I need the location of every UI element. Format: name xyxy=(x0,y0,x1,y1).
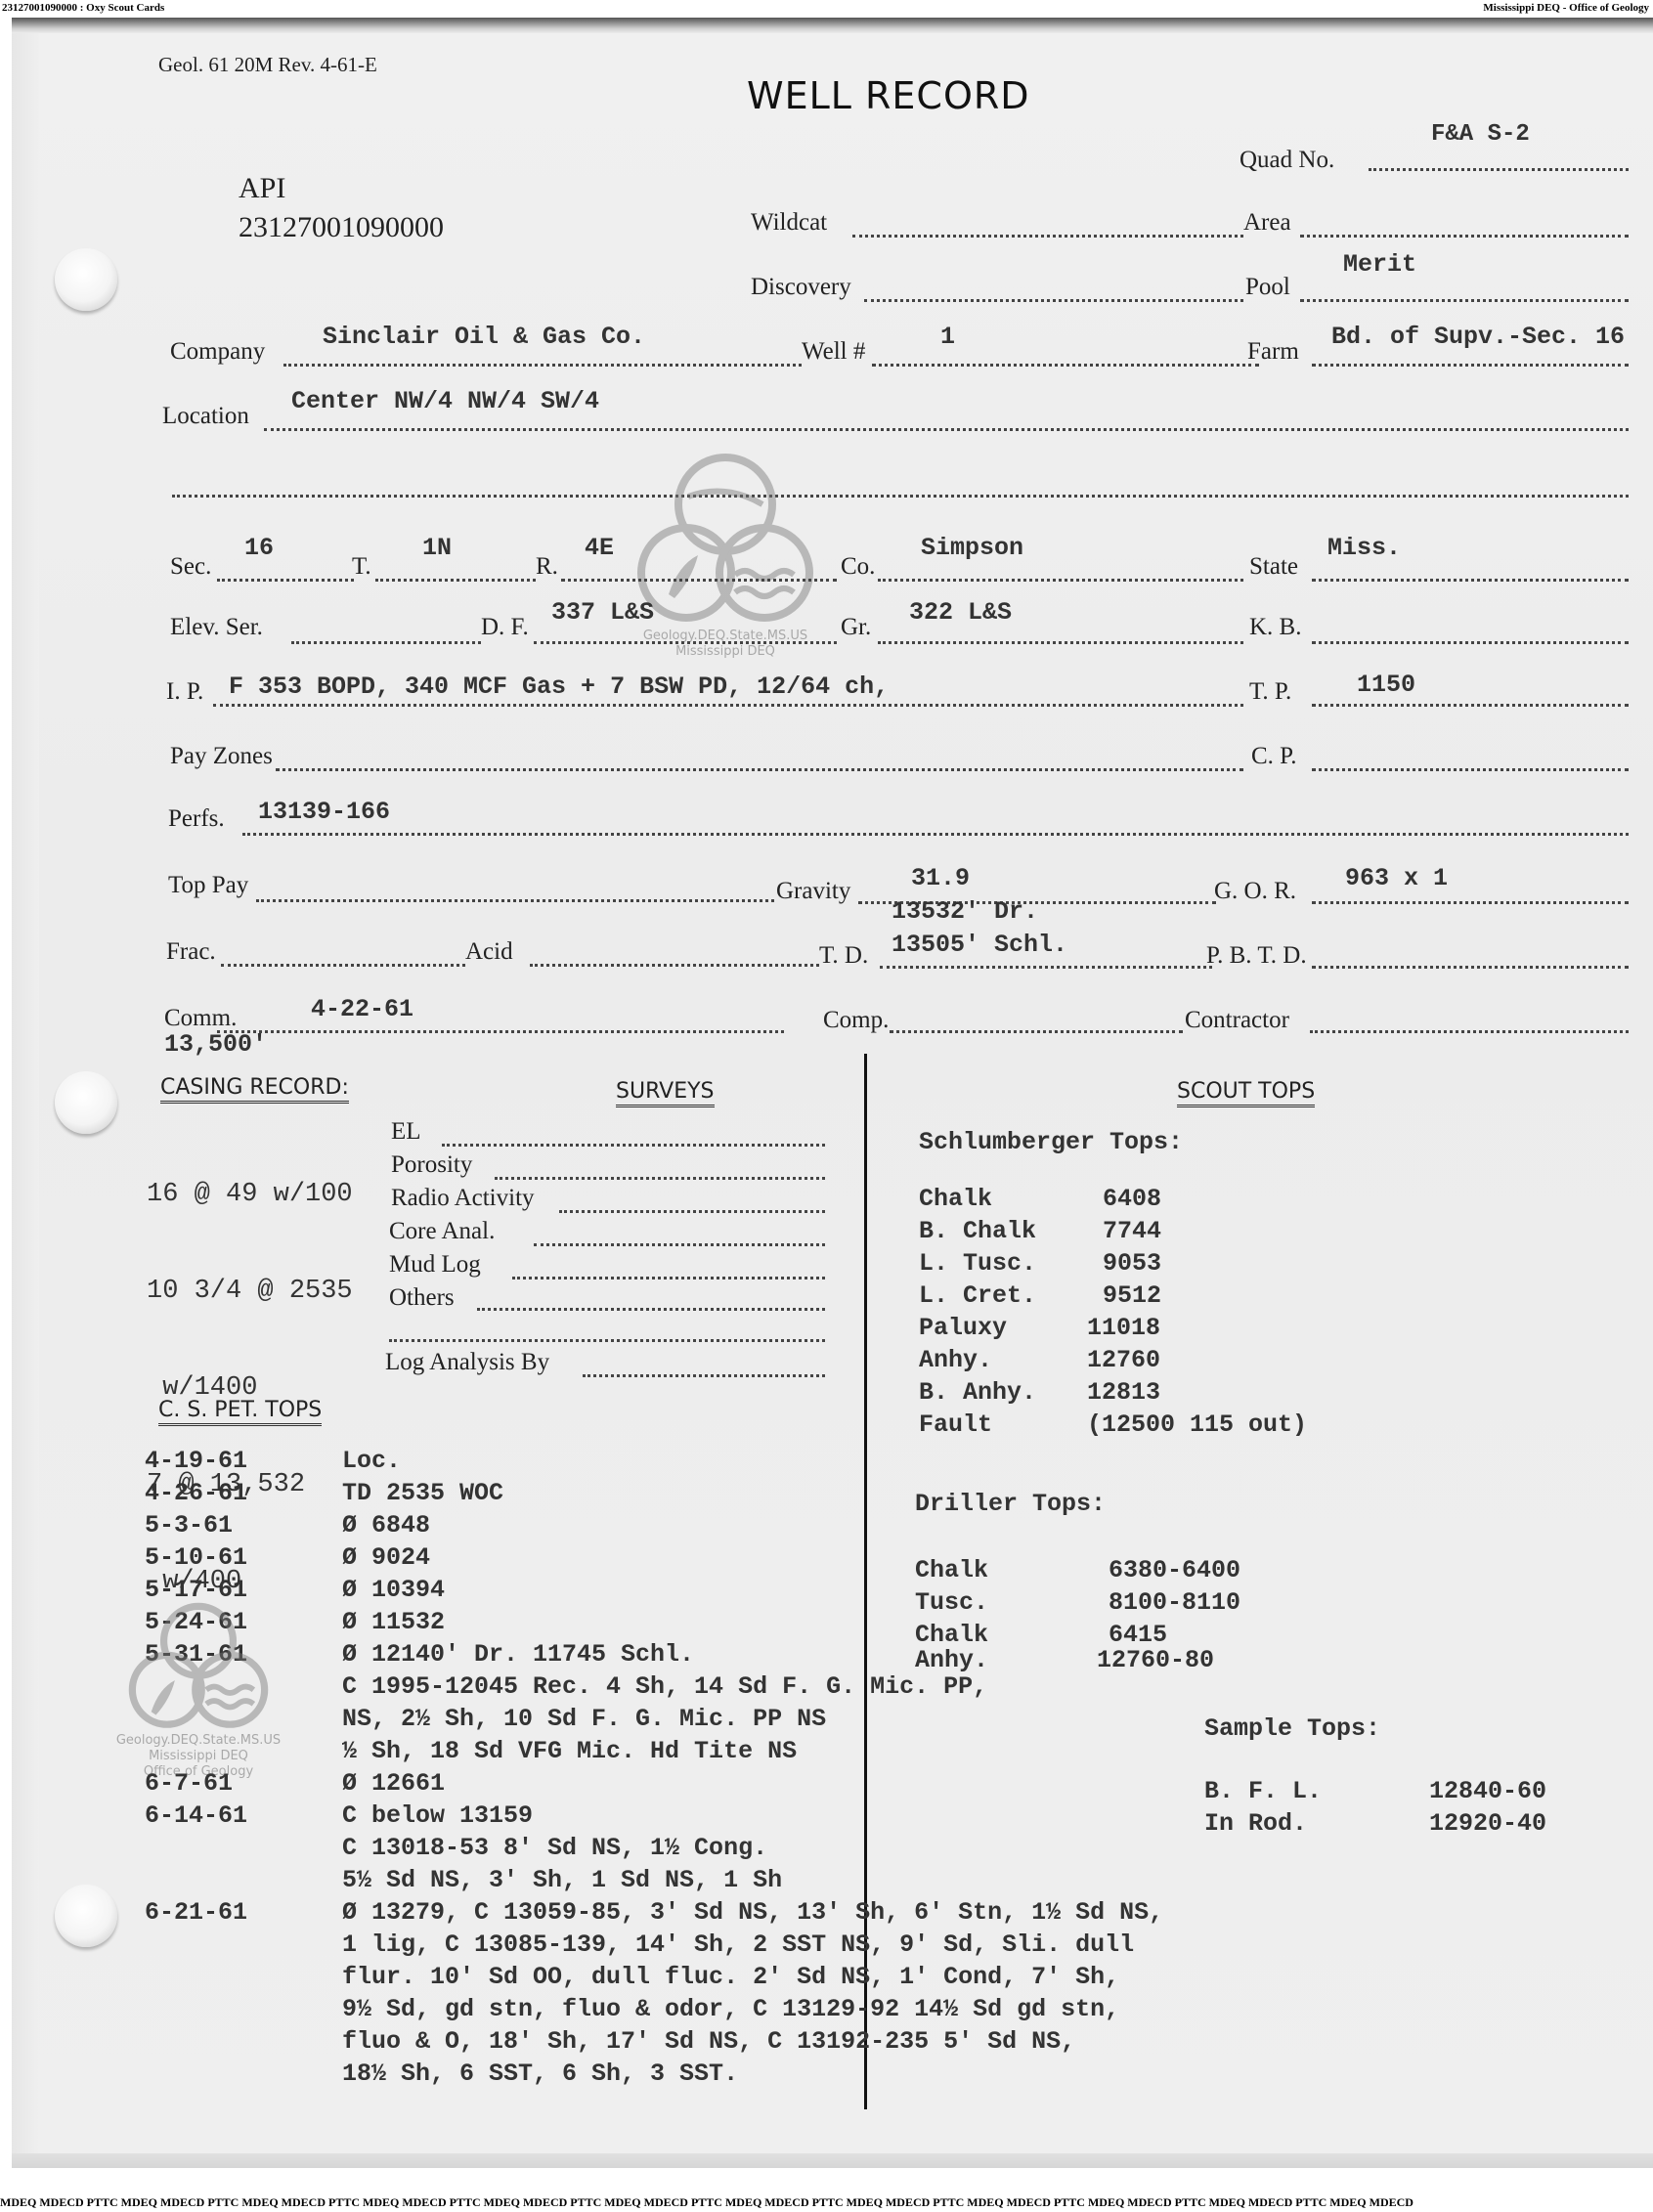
formation-depth: 6408 xyxy=(1103,1185,1161,1213)
df-value: 337 L&S xyxy=(551,598,654,627)
scout-tops-heading: SCOUT TOPS xyxy=(1177,1079,1315,1107)
log-text: ½ Sh, 18 Sd VFG Mic. Hd Tite NS xyxy=(342,1737,797,1765)
contractor-line xyxy=(1310,1030,1629,1033)
frac-label: Frac. xyxy=(166,938,216,966)
survey-mud-log-line xyxy=(512,1277,825,1279)
farm-label: Farm xyxy=(1247,338,1299,366)
formation-depth: 12760-80 xyxy=(1097,1646,1214,1674)
survey-others-line xyxy=(477,1308,825,1311)
schlumberger-tops-table: Chalk6408 B. Chalk7744 L. Tusc.9053 L. C… xyxy=(919,1185,1408,1443)
location-line xyxy=(264,428,1629,431)
pbtd-line xyxy=(1312,966,1629,969)
formation-name: Chalk xyxy=(915,1621,988,1649)
top-pay-line xyxy=(256,899,774,902)
mdeq-logo-icon xyxy=(610,448,841,624)
wildcat-line xyxy=(852,235,1243,238)
formation-name: Fault xyxy=(919,1410,992,1439)
area-label: Area xyxy=(1243,209,1291,237)
formation-name: L. Cret. xyxy=(919,1281,1036,1310)
tp-line xyxy=(1312,704,1629,707)
ip-value: F 353 BOPD, 340 MCF Gas + 7 BSW PD, 12/6… xyxy=(229,672,889,701)
tp-label: T. P. xyxy=(1249,678,1291,706)
form-id: Geol. 61 20M Rev. 4-61-E xyxy=(158,53,377,77)
formation-depth: 12840-60 xyxy=(1429,1777,1546,1805)
comm-line xyxy=(217,1030,784,1033)
wildcat-label: Wildcat xyxy=(751,209,827,237)
survey-radio-activity-label: Radio Activity xyxy=(391,1185,535,1212)
formation-depth: 12760 xyxy=(1087,1346,1160,1374)
log-entry: 6-14-61C below 13159 xyxy=(145,1801,1318,1834)
perfs-line xyxy=(242,833,1629,836)
api-number: 23127001090000 xyxy=(239,211,444,244)
location-label: Location xyxy=(162,403,249,430)
gor-label: G. O. R. xyxy=(1214,878,1296,905)
document-id-label: 23127001090000 : Oxy Scout Cards xyxy=(2,0,164,16)
log-date: 4-19-61 xyxy=(145,1447,247,1475)
log-entry: 1 lig, C 13085-139, 14' Sh, 2 SST NS, 9'… xyxy=(145,1930,1318,1963)
survey-core-anal-line xyxy=(534,1243,825,1246)
formation-depth: 8100-8110 xyxy=(1109,1588,1240,1617)
table-row: Paluxy11018 xyxy=(919,1314,1408,1346)
page-bottom-edge xyxy=(12,2153,1653,2168)
log-entry: 18½ Sh, 6 SST, 6 Sh, 3 SST. xyxy=(145,2060,1318,2092)
log-text: NS, 2½ Sh, 10 Sd F. G. Mic. PP NS xyxy=(342,1705,826,1733)
range-line xyxy=(561,579,837,582)
survey-porosity-line xyxy=(495,1177,825,1180)
mdeq-watermark: Geology.DEQ.State.MS.US Mississippi DEQ … xyxy=(106,1601,291,1780)
comp-label: Comp. xyxy=(823,1007,889,1034)
log-date: 4-26-61 xyxy=(145,1479,247,1507)
agency-label: Mississippi DEQ - Office of Geology xyxy=(1483,0,1649,16)
discovery-line xyxy=(864,299,1243,302)
formation-depth: 7744 xyxy=(1103,1217,1161,1245)
log-date: 6-14-61 xyxy=(145,1801,247,1830)
log-text: Ø 9024 xyxy=(342,1543,430,1572)
log-date: 6-21-61 xyxy=(145,1898,247,1927)
formation-name: Chalk xyxy=(915,1556,988,1584)
survey-el-line xyxy=(442,1144,825,1147)
surveys-heading: SURVEYS xyxy=(616,1079,715,1107)
township-line xyxy=(375,579,536,582)
log-text: 5½ Sd NS, 3' Sh, 1 Sd NS, 1 Sh xyxy=(342,1866,782,1894)
table-row: Tusc.8100-8110 xyxy=(915,1588,1404,1621)
binder-hole-icon xyxy=(55,248,117,311)
formation-name: B. F. L. xyxy=(1204,1777,1322,1805)
survey-radio-activity-line xyxy=(559,1210,825,1213)
table-row: In Rod.12920-40 xyxy=(1204,1809,1634,1842)
formation-depth: 9053 xyxy=(1103,1249,1161,1278)
formation-name: Chalk xyxy=(919,1185,992,1213)
location-line-2 xyxy=(172,495,1629,498)
table-row: Fault(12500 115 out) xyxy=(919,1410,1408,1443)
survey-core-anal-label: Core Anal. xyxy=(389,1218,495,1245)
log-text: C 13018-53 8' Sd NS, 1½ Cong. xyxy=(342,1834,767,1862)
footer-watermark-strip: MDEQ MDECD PTTC MDEQ MDECD PTTC MDEQ MDE… xyxy=(0,2192,1653,2212)
ip-line xyxy=(213,704,1243,707)
log-analysis-line xyxy=(583,1374,825,1377)
pay-zones-line xyxy=(276,768,1243,771)
survey-blank-line xyxy=(389,1339,825,1342)
cs-pet-tops-log: 4-19-61Loc. 4-26-61TD 2535 WOC 5-3-61Ø 6… xyxy=(145,1447,1318,2092)
log-text: 9½ Sd, gd stn, fluo & odor, C 13129-92 1… xyxy=(342,1995,1119,2023)
survey-others-label: Others xyxy=(389,1284,455,1312)
formation-depth: 12920-40 xyxy=(1429,1809,1546,1838)
log-text: C 1995-12045 Rec. 4 Sh, 14 Sd F. G. Mic.… xyxy=(342,1672,987,1701)
formation-name: In Rod. xyxy=(1204,1809,1307,1838)
well-no-label: Well # xyxy=(802,338,865,366)
table-row: Chalk6408 xyxy=(919,1185,1408,1217)
acid-label: Acid xyxy=(465,938,513,966)
range-label: R. xyxy=(536,553,558,581)
farm-line xyxy=(1312,364,1629,367)
pool-label: Pool xyxy=(1245,274,1290,301)
log-entry: 6-7-61Ø 12661 xyxy=(145,1769,1318,1801)
comm-value: 4-22-61 xyxy=(311,995,413,1023)
log-date: 5-10-61 xyxy=(145,1543,247,1572)
county-label: Co. xyxy=(841,553,875,581)
pool-line xyxy=(1300,299,1629,302)
log-date: 5-3-61 xyxy=(145,1511,233,1540)
range-value: 4E xyxy=(585,534,614,562)
log-text: Ø 10394 xyxy=(342,1576,445,1604)
watermark-agency: Mississippi DEQ xyxy=(106,1749,291,1764)
log-entry: 5½ Sd NS, 3' Sh, 1 Sd NS, 1 Sh xyxy=(145,1866,1318,1898)
location-value: Center NW/4 NW/4 SW/4 xyxy=(291,387,599,415)
page-title: WELL RECORD xyxy=(747,74,1030,117)
table-row: Chalk6415 xyxy=(915,1621,1404,1646)
log-entry: flur. 10' Sd OO, dull fluc. 2' Sd NS, 1'… xyxy=(145,1963,1318,1995)
comm-note: 13,500' xyxy=(164,1030,267,1059)
elev-ser-line xyxy=(291,641,481,644)
perfs-label: Perfs. xyxy=(168,805,225,833)
binder-hole-icon xyxy=(55,1885,117,1947)
formation-depth: 12813 xyxy=(1087,1378,1160,1407)
log-entry: 4-26-61TD 2535 WOC xyxy=(145,1479,1318,1511)
log-entry: 9½ Sd, gd stn, fluo & odor, C 13129-92 1… xyxy=(145,1995,1318,2027)
cp-label: C. P. xyxy=(1251,743,1297,770)
gor-line xyxy=(1312,901,1629,904)
county-value: Simpson xyxy=(921,534,1023,562)
casing-line: 16 @ 49 w/100 xyxy=(147,1179,353,1211)
formation-name: Anhy. xyxy=(915,1646,988,1674)
township-label: T. xyxy=(352,553,371,581)
farm-value: Bd. of Supv.-Sec. 16 xyxy=(1331,323,1625,351)
sec-line xyxy=(217,579,354,582)
gr-value: 322 L&S xyxy=(909,598,1012,627)
sec-value: 16 xyxy=(244,534,274,562)
driller-tops-heading: Driller Tops: xyxy=(915,1490,1106,1518)
company-label: Company xyxy=(170,338,265,366)
log-text: Ø 12661 xyxy=(342,1769,445,1798)
log-entry: ½ Sh, 18 Sd VFG Mic. Hd Tite NS xyxy=(145,1737,1318,1769)
log-analysis-label: Log Analysis By xyxy=(385,1349,549,1376)
ip-label: I. P. xyxy=(166,678,203,706)
contractor-label: Contractor xyxy=(1185,1007,1289,1034)
company-line xyxy=(283,364,802,367)
log-text: C below 13159 xyxy=(342,1801,533,1830)
comp-line xyxy=(890,1030,1183,1033)
df-label: D. F. xyxy=(481,614,529,641)
formation-name: L. Tusc. xyxy=(919,1249,1036,1278)
gr-line xyxy=(878,641,1243,644)
state-label: State xyxy=(1249,553,1298,581)
log-text: Loc. xyxy=(342,1447,401,1475)
table-row: Chalk6380-6400 xyxy=(915,1556,1404,1588)
mdeq-watermark: Geology.DEQ.State.MS.US Mississippi DEQ xyxy=(610,448,841,660)
comm-label: Comm. xyxy=(164,1005,237,1032)
state-line xyxy=(1312,579,1629,582)
page-left-edge xyxy=(12,18,39,2168)
formation-depth: (12500 115 out) xyxy=(1087,1410,1307,1439)
casing-record-heading: CASING RECORD: xyxy=(160,1075,349,1104)
log-entry: 4-19-61Loc. xyxy=(145,1447,1318,1479)
table-row: Anhy.12760-80 xyxy=(915,1646,1404,1678)
area-line xyxy=(1300,235,1629,238)
table-row: L. Cret.9512 xyxy=(919,1281,1408,1314)
cs-pet-tops-heading: C. S. PET. TOPS xyxy=(158,1398,322,1426)
log-entry: 6-21-61Ø 13279, C 13059-85, 3' Sd NS, 13… xyxy=(145,1898,1318,1930)
company-value: Sinclair Oil & Gas Co. xyxy=(323,323,645,351)
formation-name: Tusc. xyxy=(915,1588,988,1617)
log-text: Ø 12140' Dr. 11745 Schl. xyxy=(342,1640,694,1669)
state-value: Miss. xyxy=(1327,534,1401,562)
sample-tops-table: B. F. L.12840-60 In Rod.12920-40 xyxy=(1204,1777,1634,1842)
survey-el-label: EL xyxy=(391,1118,421,1146)
table-row: Anhy.12760 xyxy=(919,1346,1408,1378)
log-entry: fluo & O, 18' Sh, 17' Sd NS, C 13192-235… xyxy=(145,2027,1318,2060)
top-pay-label: Top Pay xyxy=(168,872,248,899)
gravity-label: Gravity xyxy=(776,878,850,905)
frac-line xyxy=(221,964,465,967)
log-date: 5-17-61 xyxy=(145,1576,247,1604)
log-entry: C 13018-53 8' Sd NS, 1½ Cong. xyxy=(145,1834,1318,1866)
pool-value: Merit xyxy=(1343,250,1416,279)
sample-tops-heading: Sample Tops: xyxy=(1204,1714,1380,1743)
binder-hole-icon xyxy=(55,1071,117,1134)
quad-no-line xyxy=(1369,168,1629,171)
log-entry: 5-3-61Ø 6848 xyxy=(145,1511,1318,1543)
sec-label: Sec. xyxy=(170,553,211,581)
formation-name: B. Chalk xyxy=(919,1217,1036,1245)
log-text: flur. 10' Sd OO, dull fluc. 2' Sd NS, 1'… xyxy=(342,1963,1119,1991)
quad-no-value: F&A S-2 xyxy=(1431,121,1530,148)
log-text: TD 2535 WOC xyxy=(342,1479,503,1507)
log-text: Ø 11532 xyxy=(342,1608,445,1636)
formation-name: Anhy. xyxy=(919,1346,992,1374)
kb-label: K. B. xyxy=(1249,614,1301,641)
gravity-value: 31.9 xyxy=(911,864,970,892)
township-value: 1N xyxy=(422,534,452,562)
viewer-header-bar: 23127001090000 : Oxy Scout Cards Mississ… xyxy=(0,0,1653,16)
driller-tops-table: Chalk6380-6400 Tusc.8100-8110 Chalk6415 … xyxy=(915,1556,1404,1678)
well-no-line xyxy=(872,364,1259,367)
api-label: API xyxy=(239,172,285,205)
discovery-label: Discovery xyxy=(751,274,851,301)
formation-depth: 9512 xyxy=(1103,1281,1161,1310)
formation-name: B. Anhy. xyxy=(919,1378,1036,1407)
table-row: L. Tusc.9053 xyxy=(919,1249,1408,1281)
cp-line xyxy=(1312,768,1629,771)
page-top-edge xyxy=(12,18,1653,33)
elev-ser-label: Elev. Ser. xyxy=(170,614,263,641)
gr-label: Gr. xyxy=(841,614,871,641)
log-text: 1 lig, C 13085-139, 14' Sh, 2 SST NS, 9'… xyxy=(342,1930,1134,1959)
log-text: Ø 13279, C 13059-85, 3' Sd NS, 13' Sh, 6… xyxy=(342,1898,1163,1927)
formation-depth: 6415 xyxy=(1109,1621,1167,1649)
log-entry: NS, 2½ Sh, 10 Sd F. G. Mic. PP NS xyxy=(145,1705,1318,1737)
gor-value: 963 x 1 xyxy=(1345,864,1448,892)
log-text: 18½ Sh, 6 SST, 6 Sh, 3 SST. xyxy=(342,2060,738,2088)
log-text: Ø 6848 xyxy=(342,1511,430,1540)
well-no-value: 1 xyxy=(940,323,955,351)
formation-depth: 6380-6400 xyxy=(1109,1556,1240,1584)
survey-mud-log-label: Mud Log xyxy=(389,1251,481,1279)
quad-no-label: Quad No. xyxy=(1240,147,1334,174)
mdeq-logo-icon xyxy=(106,1601,291,1728)
td-value-driller: 13532' Dr. xyxy=(892,897,1038,926)
log-text: fluo & O, 18' Sh, 17' Sd NS, C 13192-235… xyxy=(342,2027,1075,2056)
table-row: B. F. L.12840-60 xyxy=(1204,1777,1634,1809)
formation-depth: 11018 xyxy=(1087,1314,1160,1342)
acid-line xyxy=(530,964,819,967)
watermark-agency: Mississippi DEQ xyxy=(610,644,841,660)
watermark-url: Geology.DEQ.State.MS.US xyxy=(106,1733,291,1749)
pay-zones-label: Pay Zones xyxy=(170,743,273,770)
pbtd-label: P. B. T. D. xyxy=(1206,942,1307,970)
formation-name: Paluxy xyxy=(919,1314,1007,1342)
td-label: T. D. xyxy=(819,942,868,970)
td-line xyxy=(880,966,1212,969)
td-value-schlumberger: 13505' Schl. xyxy=(892,931,1067,959)
perfs-value: 13139-166 xyxy=(258,798,390,826)
county-line xyxy=(878,579,1243,582)
casing-line: 10 3/4 @ 2535 xyxy=(147,1276,353,1308)
scanned-well-record-card: Geol. 61 20M Rev. 4-61-E WELL RECORD F&A… xyxy=(12,18,1653,2168)
watermark-office: Office of Geology xyxy=(106,1764,291,1780)
df-line xyxy=(534,641,837,644)
kb-line xyxy=(1312,641,1629,644)
schlumberger-tops-heading: Schlumberger Tops: xyxy=(919,1128,1183,1156)
survey-porosity-label: Porosity xyxy=(391,1151,472,1179)
table-row: B. Anhy.12813 xyxy=(919,1378,1408,1410)
tp-value: 1150 xyxy=(1357,671,1415,699)
table-row: B. Chalk7744 xyxy=(919,1217,1408,1249)
